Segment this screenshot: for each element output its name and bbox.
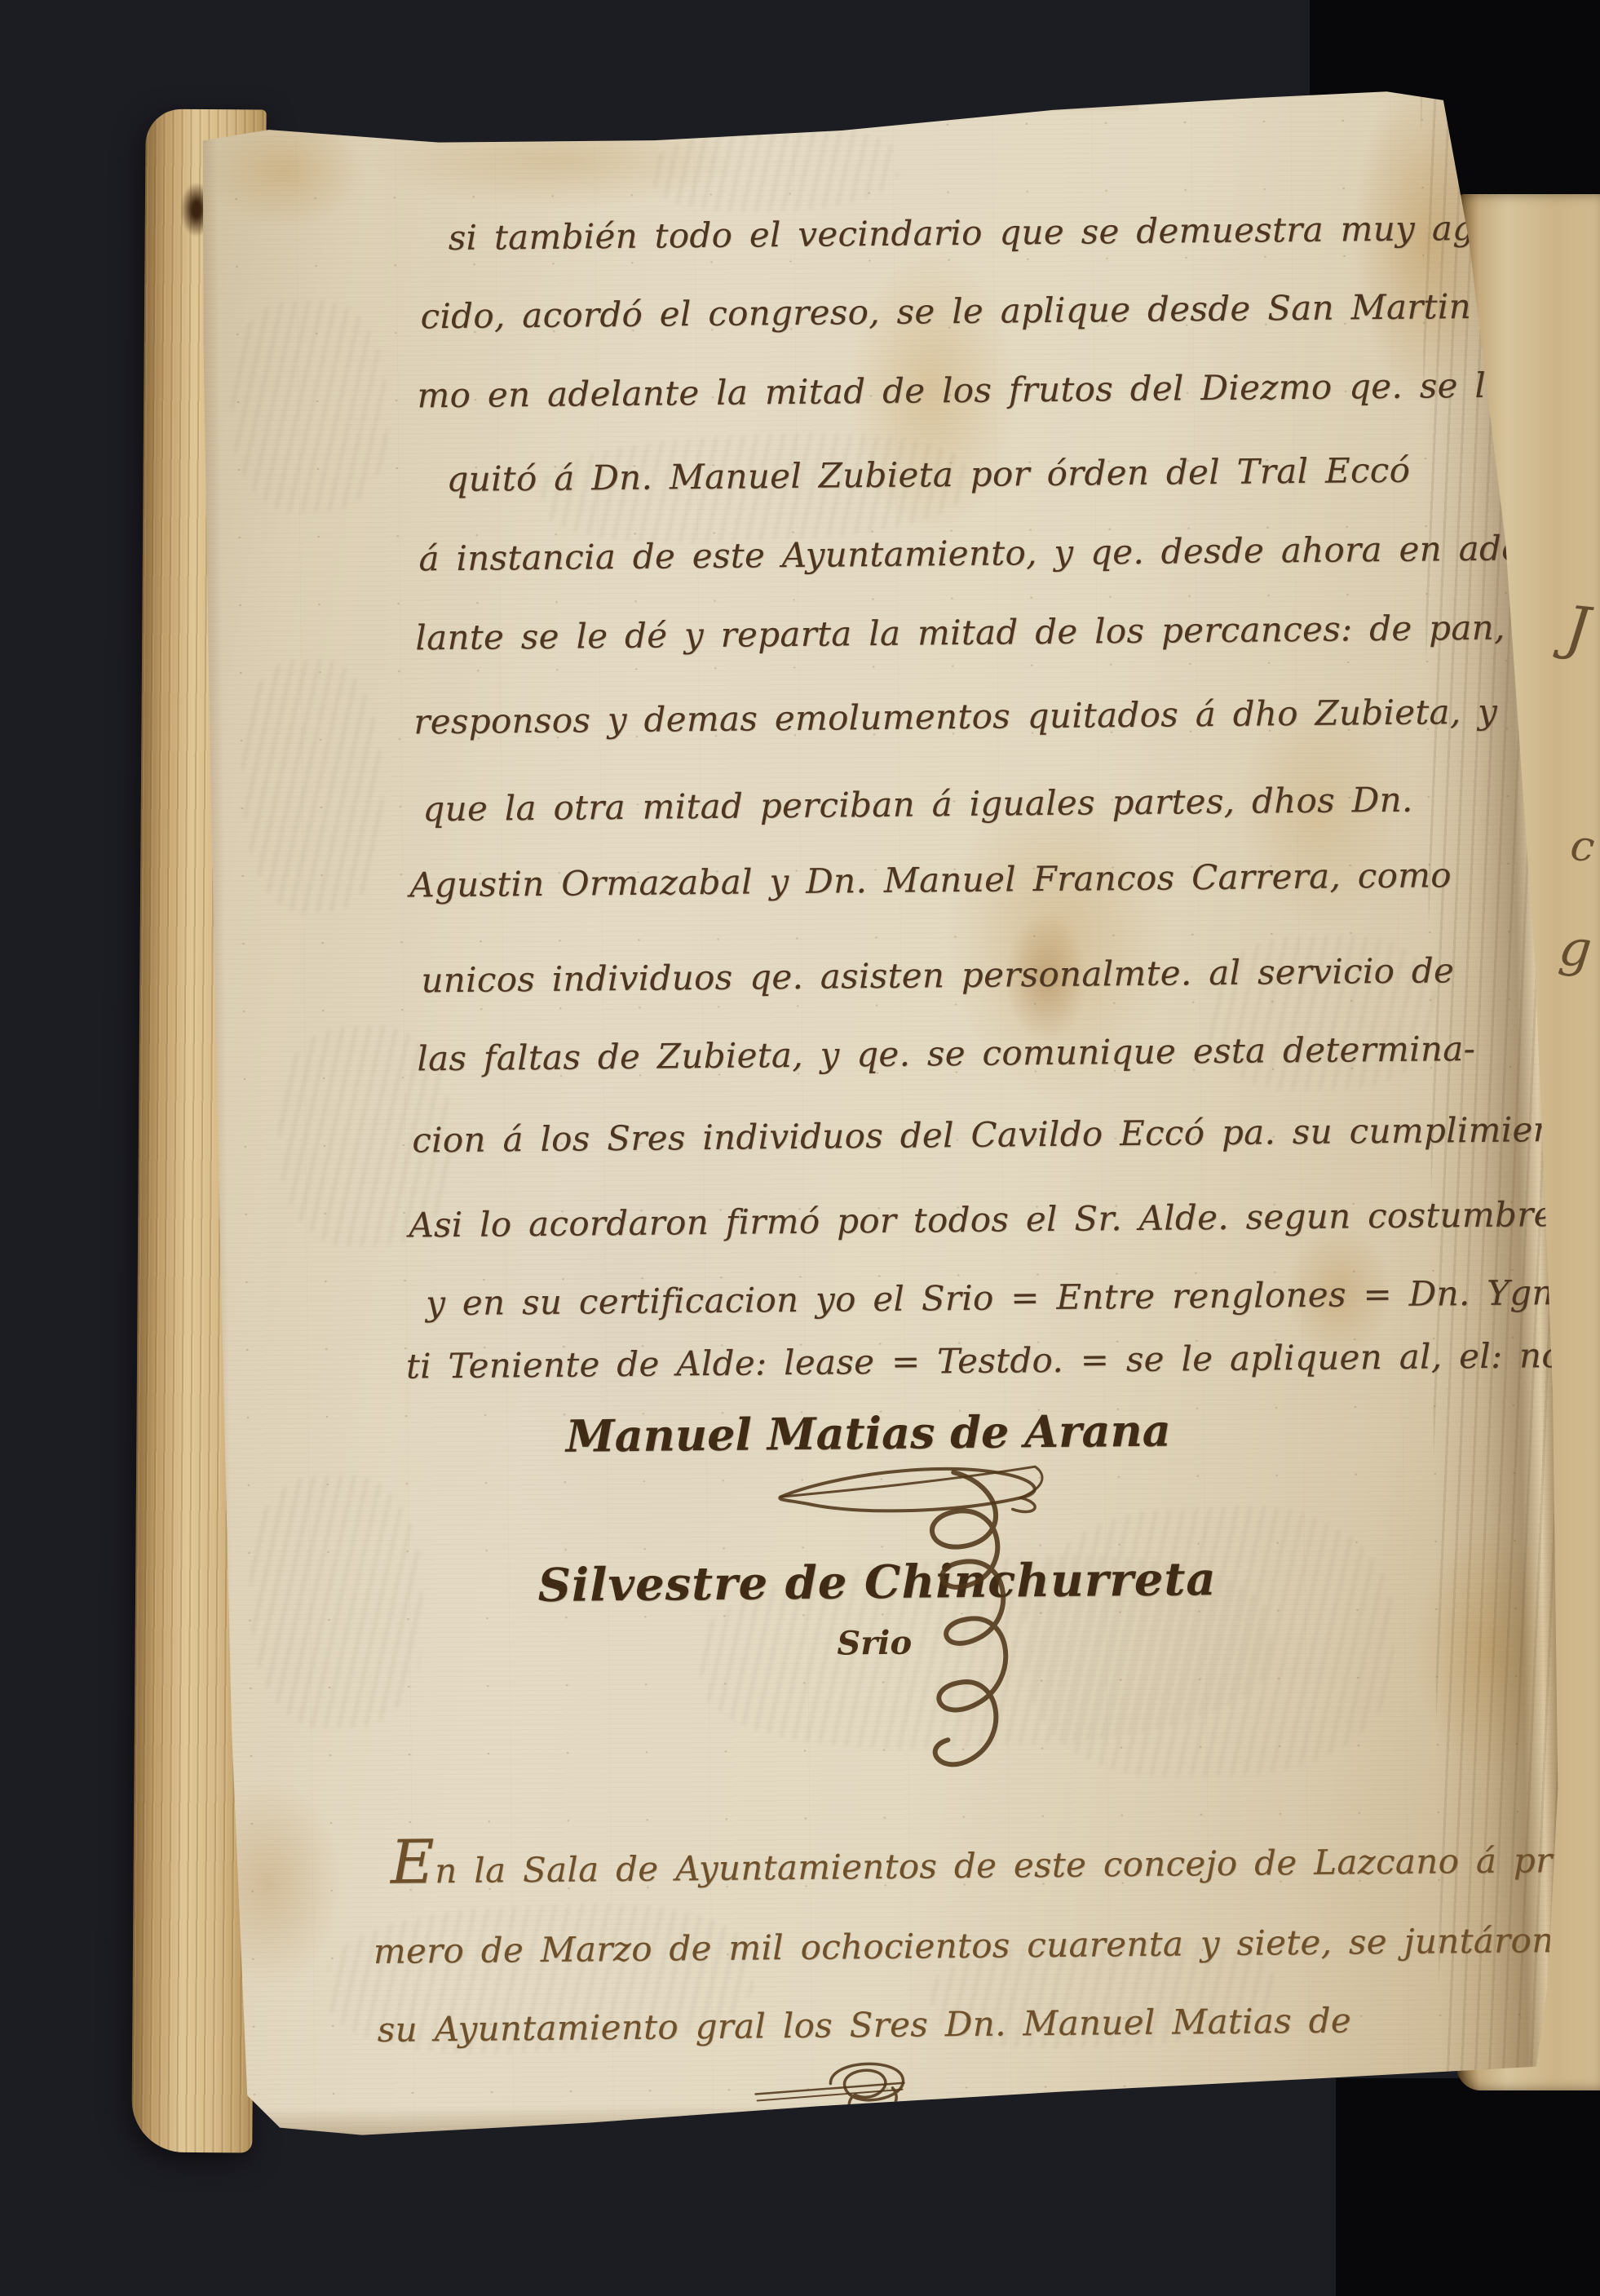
signature-chinchurreta-rubric-icon: [888, 1467, 1022, 1794]
facing-page-text-fragment: c: [1568, 821, 1597, 873]
manuscript-line: Asi lo acordaron firmó por todos el Sr. …: [409, 1190, 1554, 1250]
manuscript-page: si también todo el vecindario que se dem…: [196, 85, 1562, 2139]
closing-line: mero de Marzo de mil ochocientos cuarent…: [373, 1915, 1600, 1976]
manuscript-line: á instancia de este Ayuntamiento, y qe. …: [418, 524, 1534, 583]
closing-line: su Ayuntamiento gral los Sres Dn. Manuel…: [377, 1996, 1351, 2054]
manuscript-line: cion á los Sres individuos del Cavildo E…: [412, 1105, 1600, 1166]
closing-rubric-icon: [749, 2048, 937, 2123]
ink-bleedthrough: [245, 1471, 428, 1732]
ink-bleedthrough: [652, 124, 899, 216]
manuscript-line: y en su certificacion yo el Srio = Entre…: [426, 1267, 1600, 1328]
facing-page-text-fragment: g: [1556, 917, 1594, 980]
closing-line: En la Sala de Ayuntamientos de este conc…: [391, 1831, 1576, 1896]
manuscript-line: responsos y demas emolumentos quitados á…: [413, 688, 1497, 747]
manuscript-line: cido, acordó el congreso, se le aplique …: [420, 281, 1558, 341]
manuscript-line: lante se le dé y reparta la mitad de los…: [415, 602, 1600, 662]
manuscript-line: unicos individuos qe. asisten personalmt…: [421, 946, 1454, 1005]
backdrop-shadow-bottom-right: [1336, 2078, 1600, 2296]
page-top-edge-shade: [196, 89, 1139, 122]
signature-chinchurreta: Silvestre de Chinchurreta: [485, 1549, 1269, 1615]
manuscript-line: ti Teniente de Alde: lease = Testdo. = s…: [406, 1329, 1600, 1391]
manuscript-line: si también todo el vecindario que se dem…: [448, 203, 1567, 263]
manuscript-line: mo en adelante la mitad de los frutos de…: [417, 361, 1506, 421]
manuscript-line: las faltas de Zubieta, y qe. se comuniqu…: [417, 1024, 1475, 1083]
manuscript-line: quitó á Dn. Manuel Zubieta por órden del…: [446, 446, 1410, 504]
manuscript-photo-backdrop: J c g si también todo el vecindario que …: [0, 0, 1600, 2296]
facing-page-text-fragment: J: [1562, 593, 1593, 664]
ink-bleedthrough: [227, 298, 391, 516]
ink-bleedthrough: [237, 657, 387, 915]
manuscript-line: que la otra mitad perciban á iguales par…: [422, 776, 1413, 834]
ink-bleedthrough: [1020, 1499, 1399, 1785]
manuscript-line: Agustin Ormazabal y Dn. Manuel Francos C…: [409, 851, 1452, 909]
